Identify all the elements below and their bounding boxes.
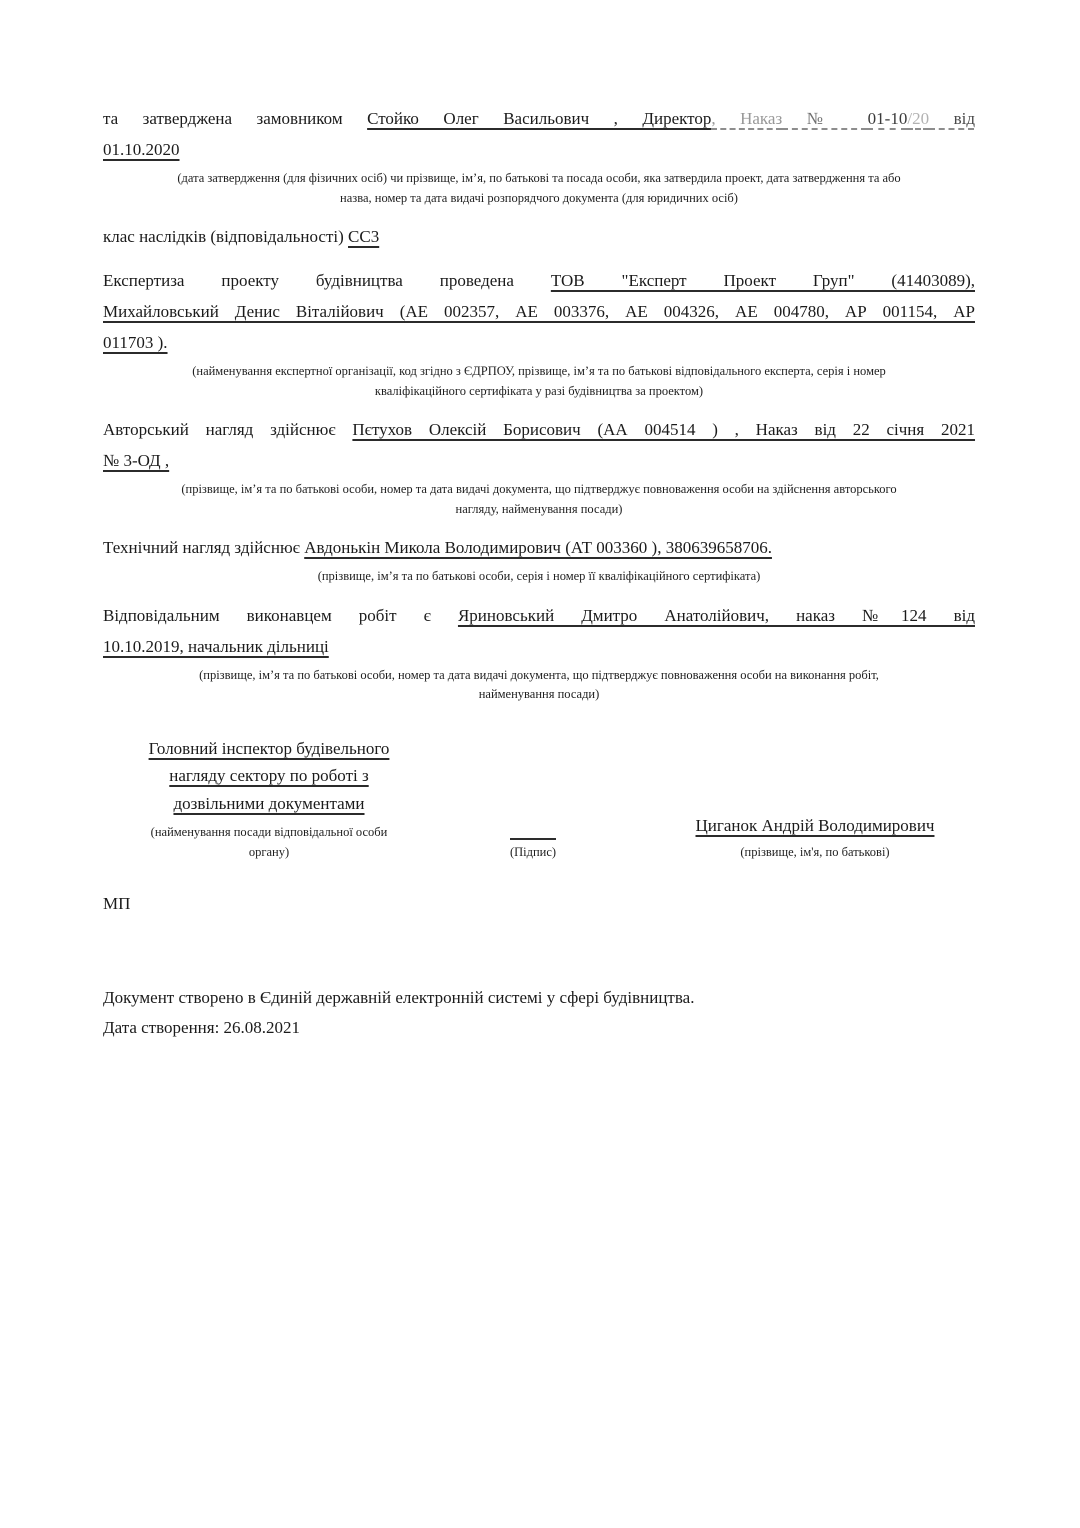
approval-line-2: 01.10.2020	[103, 134, 975, 165]
position-line-1: Головний інспектор будівельного	[103, 735, 435, 763]
position-line-3-text: дозвільними документами	[173, 794, 364, 813]
consequence-class-value: СС3	[348, 227, 379, 246]
position-line-1-text: Головний інспектор будівельного	[149, 739, 390, 758]
signature-column: (Підпис)	[435, 838, 631, 863]
expertise-caption: (найменування експертної організації, ко…	[103, 362, 975, 401]
official-name-text: Циганок Андрій Володимирович	[696, 816, 935, 835]
approval-paragraph: та затверджена замовником Стойко Олег Ва…	[103, 103, 975, 165]
approval-line-1: та затверджена замовником Стойко Олег Ва…	[103, 103, 975, 134]
official-position-column: Головний інспектор будівельного нагляду …	[103, 735, 435, 863]
expertise-value-line3: 011703 ).	[103, 333, 168, 352]
author-supervision-caption-line1: (прізвище, ім’я та по батькові особи, но…	[103, 480, 975, 500]
position-caption-line1: (найменування посади відповідальної особ…	[103, 823, 435, 843]
signature-block: Головний інспектор будівельного нагляду …	[103, 735, 975, 863]
signature-caption: (Підпис)	[435, 843, 631, 863]
technical-supervision-prefix: Технічний нагляд здійснює	[103, 538, 304, 557]
position-line-3: дозвільними документами	[103, 790, 435, 818]
author-supervision-line-2: № 3-ОД ,	[103, 445, 975, 476]
position-line-2: нагляду сектору по роботі з	[103, 762, 435, 790]
official-name-line: Циганок Андрій Володимирович	[655, 812, 975, 840]
responsible-executor-caption-line1: (прізвище, ім’я та по батькові особи, но…	[103, 666, 975, 686]
responsible-executor-caption-line2: найменування посади)	[103, 685, 975, 705]
footer-creation-date: Дата створення: 26.08.2021	[103, 1013, 975, 1043]
approval-prefix: та затверджена замовником	[103, 109, 367, 128]
consequence-class-line: клас наслідків (відповідальності) СС3	[103, 221, 975, 252]
position-line-2-text: нагляду сектору по роботі з	[169, 766, 368, 785]
consequence-class-label: клас наслідків (відповідальності)	[103, 227, 348, 246]
signature-line	[510, 838, 556, 840]
footer: Документ створено в Єдиній державній еле…	[103, 983, 975, 1043]
expertise-value-line2: Михайловський Денис Віталійович (АЕ 0023…	[103, 302, 975, 321]
responsible-executor-prefix: Відповідальним виконавцем робіт є	[103, 606, 458, 625]
consequence-class-paragraph: клас наслідків (відповідальності) СС3	[103, 221, 975, 252]
author-supervision-caption: (прізвище, ім’я та по батькові особи, но…	[103, 480, 975, 519]
approval-caption-line1: (дата затвердження (для фізичних осіб) ч…	[103, 169, 975, 189]
expertise-prefix: Експертиза проекту будівництва проведена	[103, 271, 551, 290]
author-supervision-value-line2: № 3-ОД ,	[103, 451, 169, 470]
approval-caption-line2: назва, номер та дата видачі розпорядчого…	[103, 189, 975, 209]
technical-supervision-paragraph: Технічний нагляд здійснює Авдонькін Мико…	[103, 532, 975, 563]
expertise-line-2: Михайловський Денис Віталійович (АЕ 0023…	[103, 296, 975, 327]
footer-system-note: Документ створено в Єдиній державній еле…	[103, 983, 975, 1013]
expertise-line-3: 011703 ).	[103, 327, 975, 358]
technical-supervision-caption: (прізвище, ім’я та по батькові особи, се…	[103, 567, 975, 587]
position-caption: (найменування посади відповідальної особ…	[103, 823, 435, 862]
official-name-caption: (прізвище, ім'я, по батькові)	[655, 843, 975, 863]
document-page: та затверджена замовником Стойко Олег Ва…	[0, 0, 1080, 1528]
expertise-caption-line2: кваліфікаційного сертифіката у разі буді…	[103, 382, 975, 402]
author-supervision-caption-line2: нагляду, найменування посади)	[103, 500, 975, 520]
approval-order-part2: №	[782, 109, 867, 128]
technical-supervision-line: Технічний нагляд здійснює Авдонькін Мико…	[103, 532, 975, 563]
approval-customer-value: Стойко Олег Васильович , Директор	[367, 109, 711, 128]
position-caption-line2: органу)	[103, 843, 435, 863]
responsible-executor-paragraph: Відповідальним виконавцем робіт є Яринов…	[103, 600, 975, 662]
expertise-caption-line1: (найменування експертної організації, ко…	[103, 362, 975, 382]
responsible-executor-value-line2: 10.10.2019, начальник дільниці	[103, 637, 329, 656]
approval-caption: (дата затвердження (для фізичних осіб) ч…	[103, 169, 975, 208]
responsible-executor-caption: (прізвище, ім’я та по батькові особи, но…	[103, 666, 975, 705]
official-name-column: Циганок Андрій Володимирович (прізвище, …	[631, 812, 975, 862]
approval-order-faded: , Наказ № 01-10/20 від	[711, 109, 975, 128]
author-supervision-prefix: Авторський нагляд здійснює	[103, 420, 352, 439]
author-supervision-line-1: Авторський нагляд здійснює Пєтухов Олекс…	[103, 414, 975, 445]
responsible-executor-line-2: 10.10.2019, начальник дільниці	[103, 631, 975, 662]
author-supervision-paragraph: Авторський нагляд здійснює Пєтухов Олекс…	[103, 414, 975, 476]
expertise-line-1: Експертиза проекту будівництва проведена…	[103, 265, 975, 296]
author-supervision-value-line1: Пєтухов Олексій Борисович (АА 004514 ) ,…	[352, 420, 975, 439]
approval-order-vid: від	[929, 109, 975, 128]
approval-order-part1: , Наказ	[711, 109, 782, 128]
technical-supervision-caption-line: (прізвище, ім’я та по батькові особи, се…	[103, 567, 975, 587]
technical-supervision-value: Авдонькін Микола Володимирович (АТ 00336…	[304, 538, 772, 557]
expertise-paragraph: Експертиза проекту будівництва проведена…	[103, 265, 975, 358]
approval-order-year: /20	[907, 109, 929, 128]
expertise-value-line1: ТОВ "Експерт Проект Груп" (41403089),	[551, 271, 975, 290]
responsible-executor-line-1: Відповідальним виконавцем робіт є Яринов…	[103, 600, 975, 631]
approval-order-number: 01-10	[868, 109, 908, 128]
responsible-executor-value-line1: Яриновський Дмитро Анатолійович, наказ №…	[458, 606, 975, 625]
stamp-mark: МП	[103, 888, 975, 919]
approval-date-value: 01.10.2020	[103, 140, 180, 159]
